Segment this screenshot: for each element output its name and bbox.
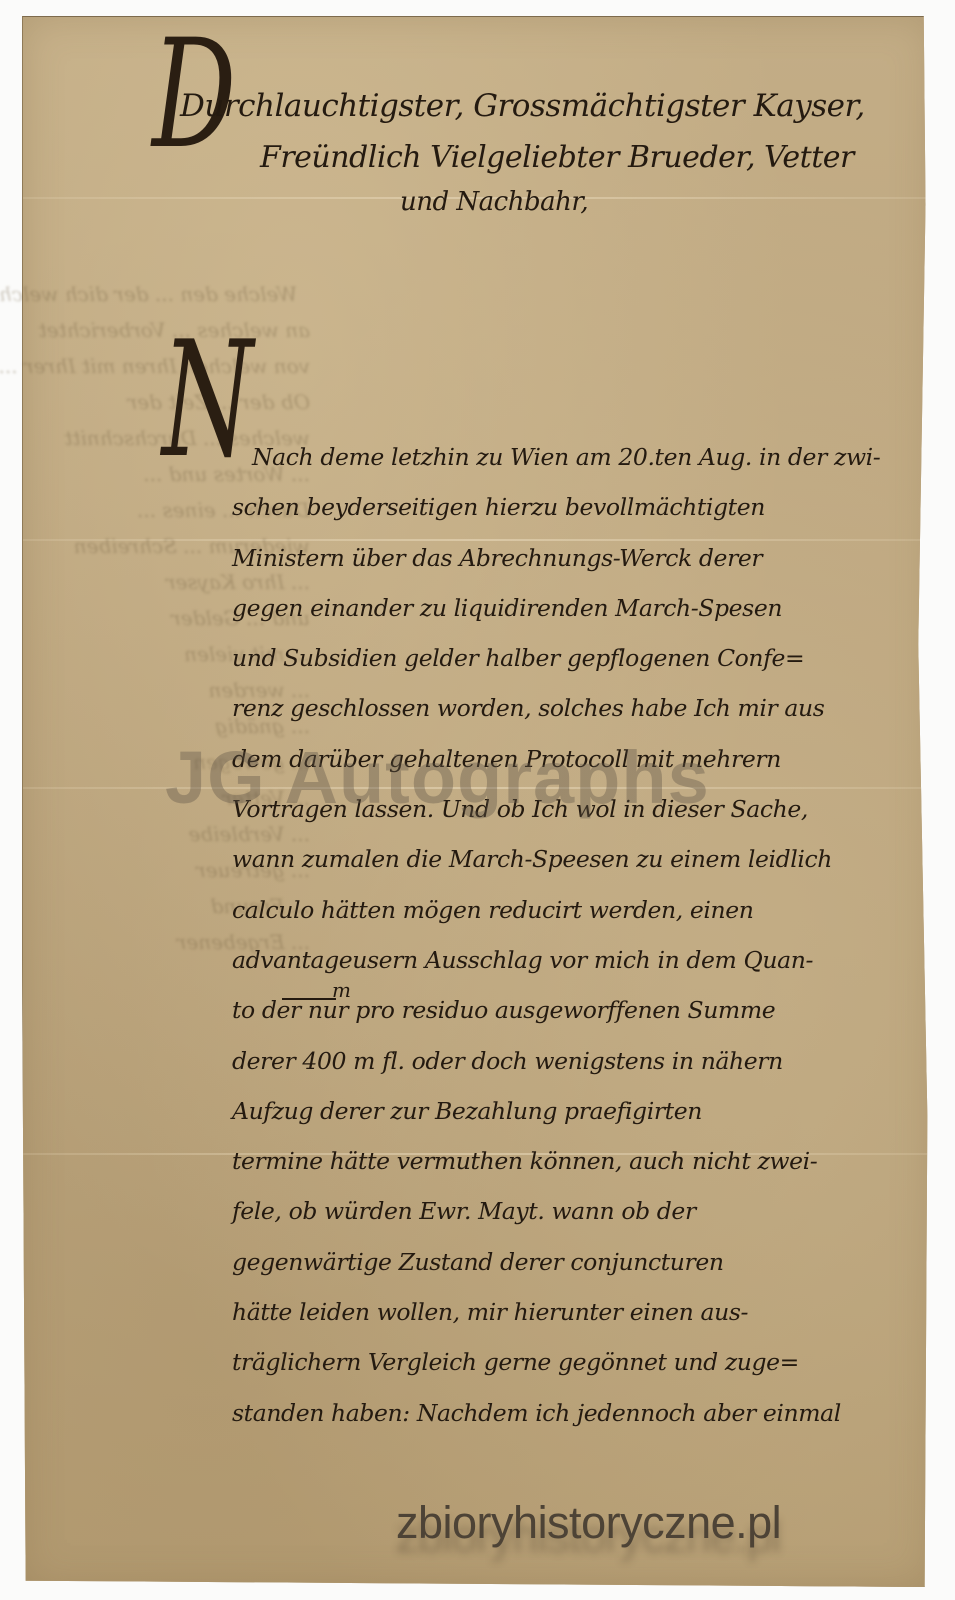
body-line: hätte leiden wollen, mir hierunter einen… [232,1287,880,1337]
salutation-line: Durchlauchtigster, Grossmächtigster Kays… [150,80,865,132]
body-line: renz geschlossen worden, solches habe Ic… [232,683,880,733]
letter-body: Nach deme letzhin zu Wien am 20.ten Aug.… [232,432,880,1438]
body-line: advantageusern Ausschlag vor mich in dem… [232,935,880,985]
body-line: standen haben: Nachdem ich jedennoch abe… [232,1388,880,1438]
salutation-line: Freündlich Vielgeliebter Brueder, Vetter [150,132,865,184]
body-line: termine hätte vermuthen können, auch nic… [232,1136,880,1186]
body-line: Nach deme letzhin zu Wien am 20.ten Aug.… [232,432,880,482]
body-line: Ministern über das Abrechnungs-Werck der… [232,533,880,583]
body-line: derer 400 m fl. oder doch wenigstens in … [232,1036,880,1086]
body-line: wann zumalen die March-Speesen zu einem … [232,834,880,884]
amount-overline [282,998,336,1000]
body-line: fele, ob würden Ewr. Mayt. wann ob der [232,1186,880,1236]
watermark-site: zbioryhistoryczne.pl [396,1497,781,1549]
watermark-jg-autographs: JG Autographs [165,735,710,820]
body-line: calculo hätten mögen reducirt werden, ei… [232,885,880,935]
salutation: Durchlauchtigster, Grossmächtigster Kays… [150,80,865,220]
body-line: gegenwärtige Zustand derer conjuncturen [232,1237,880,1287]
body-line: und Subsidien gelder halber gepflogenen … [232,633,880,683]
body-line: gegen einander zu liquidirenden March-Sp… [232,583,880,633]
body-line: Aufzug derer zur Bezahlung praefigirten [232,1086,880,1136]
body-line: to der nur pro residuo ausgeworffenen Su… [232,985,880,1035]
body-line: träglichern Vergleich gerne gegönnet und… [232,1337,880,1387]
body-line: schen beyderseitigen hierzu bevollmächti… [232,482,880,532]
salutation-line: und Nachbahr, [150,184,865,220]
